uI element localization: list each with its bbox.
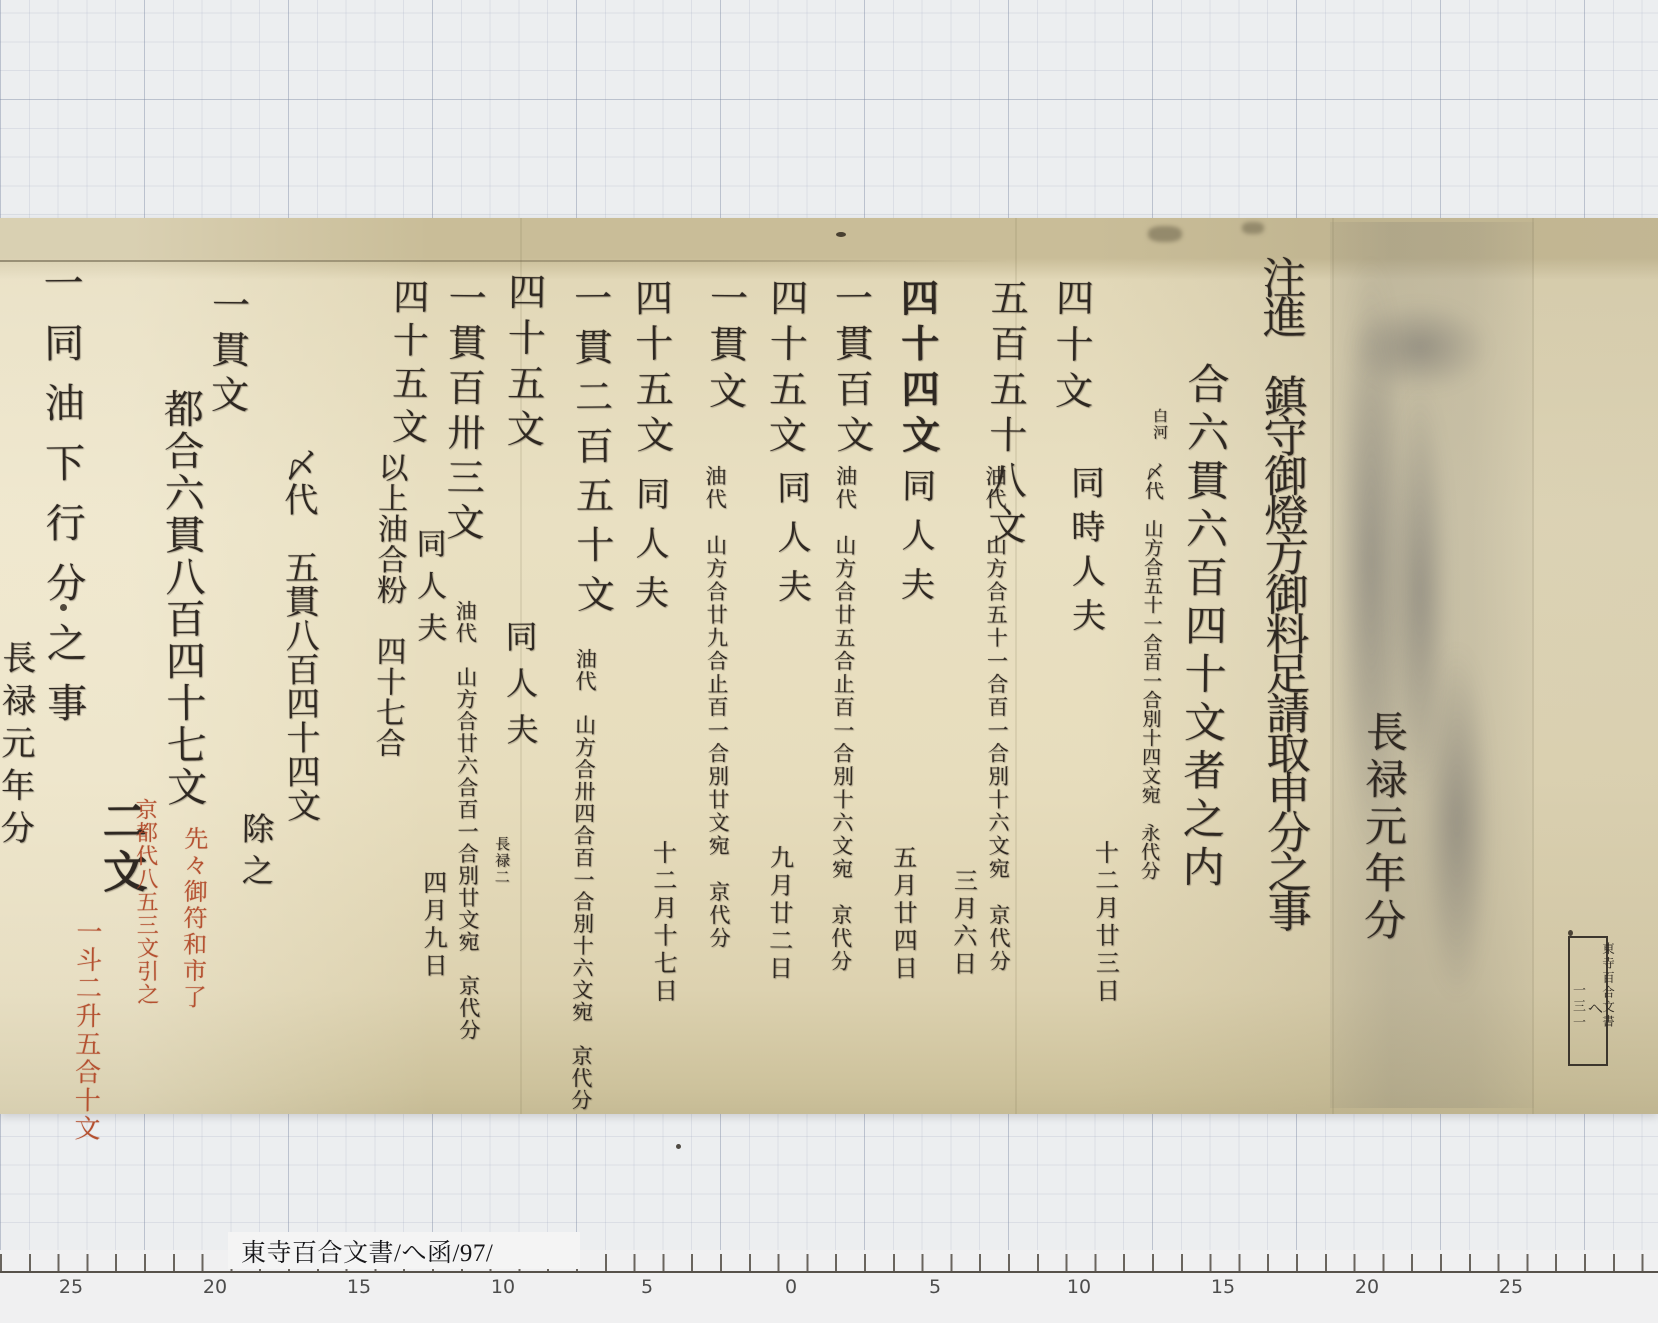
manuscript-column: 同人夫 — [412, 528, 443, 654]
manuscript-column: 長禄二 — [492, 836, 508, 886]
shelf-number: 一三一 — [1572, 983, 1585, 1031]
manuscript-column: 四十文 — [1050, 278, 1089, 417]
manuscript-column: 同時人夫 — [1066, 465, 1102, 642]
manuscript-column: 四月九日 — [420, 870, 445, 981]
manuscript-column: 五月廿四日 — [889, 845, 914, 983]
ruler-number: 5 — [641, 1276, 653, 1298]
ruler-number: 20 — [203, 1276, 227, 1298]
manuscript-column: 都合六貫八百四十七文 — [160, 388, 204, 808]
manuscript-column: 四十五文 — [502, 272, 542, 455]
ink-smudge — [1422, 642, 1492, 1002]
manuscript-column: 一貫百文 — [830, 278, 870, 461]
manuscript-column: 長禄元年分 — [1360, 710, 1404, 946]
manuscript-column: 九月廿二日 — [765, 845, 790, 983]
archive-caption-text: 東寺百合文書/へ函/97/ — [241, 1233, 493, 1269]
ink-speck — [676, 1144, 681, 1149]
manuscript-column: 一貫二百五十文 — [569, 278, 610, 624]
manuscript-column: 合六貫六百四十文者之内 — [1178, 362, 1226, 894]
ruler-number: 5 — [929, 1276, 941, 1298]
manuscript-column: 一貫文 — [206, 285, 245, 420]
manuscript-column: 四十五文 — [764, 278, 804, 461]
manuscript-column: 油代 山方合卅四合百一合別十六文宛 京代分 — [569, 648, 595, 1111]
manuscript-column: 京都代八五三文引之 — [134, 798, 158, 1006]
ink-smudge — [1350, 302, 1490, 392]
manuscript-column: 除之 — [240, 812, 273, 896]
torn-edge-chip — [1242, 222, 1264, 234]
manuscript-column: 先々御符和市了 — [179, 826, 205, 1011]
manuscript-column: 油代 山方合廿五合止百一合別十六文宛 京代分 — [829, 465, 855, 973]
archive-caption-bar: 東寺百合文書/へ函/97/ — [228, 1232, 580, 1269]
bleed-through-stain — [1330, 222, 1534, 1108]
ink-speck — [60, 604, 67, 611]
manuscript-column: 十二月十七日 — [649, 840, 674, 1006]
manuscript-column: 油代 山方合廿六合百一合別廿文宛 京代分 — [454, 600, 479, 1041]
ruler-number: 15 — [347, 1276, 371, 1298]
paper-crease — [0, 260, 1010, 262]
torn-edge-chip — [1148, 226, 1182, 242]
manuscript-column: 〆代 山方合五十一合百一合別十四文宛 永代分 — [1138, 462, 1161, 880]
digitized-manuscript-viewer: 長禄元年分注進 鎮守御燈方御料足請取申分之事合六貫六百四十文者之内白河〆代 山方… — [0, 0, 1658, 1323]
ruler-number: 0 — [785, 1276, 797, 1298]
manuscript-column: 同人夫 — [503, 620, 536, 759]
ruler-number: 25 — [59, 1276, 83, 1298]
ink-speck — [836, 232, 846, 237]
manuscript-column: 油代 山方合廿九合止百一合別廿文宛 京代分 — [703, 465, 728, 950]
ruler-number: 10 — [491, 1276, 515, 1298]
ruler-number: 15 — [1211, 1276, 1235, 1298]
manuscript-column: 同人夫 — [630, 476, 666, 624]
manuscript-column: 以上油合粉 四十七合 — [371, 452, 404, 758]
manuscript-column: 油代 山方合五十一合百一合別十六文宛 京代分 — [983, 465, 1008, 973]
manuscript-column: 長禄元年分 — [0, 640, 32, 853]
manuscript-column: 一貫百卅三文 — [442, 278, 483, 547]
manuscript-column: 同人夫 — [772, 470, 807, 618]
manuscript-column: 四十五文 — [630, 278, 670, 461]
manuscript-column: 注進 鎮守御燈方御料足請取申分之事 — [1257, 255, 1307, 929]
shelf-mark-label: ヘ 一三一 東寺百合文書 — [1568, 936, 1608, 1066]
manuscript-column: 一斗二升五合十文 — [72, 918, 100, 1143]
ruler-number: 25 — [1499, 1276, 1523, 1298]
manuscript-column: 白河 — [1150, 408, 1165, 441]
manuscript-column: 同人夫 — [896, 468, 932, 616]
manuscript-column: 十二月廿三日 — [1091, 840, 1116, 1006]
shelf-mark-number: ヘ 一三一 — [1572, 942, 1601, 1060]
ruler-baseline — [0, 1271, 1658, 1273]
ruler-number: 10 — [1067, 1276, 1091, 1298]
manuscript-column: 四十五文 — [389, 278, 427, 451]
manuscript-column: 三月六日 — [949, 868, 974, 979]
ruler-number: 20 — [1355, 1276, 1379, 1298]
manuscript-column: 一同油下行分之事 — [40, 262, 84, 742]
manuscript-column: 四十四文 — [896, 278, 936, 461]
shelf-archive-name: 東寺百合文書 — [1601, 942, 1614, 1060]
manuscript-column: 〆代 五貫八百四十四文 — [279, 448, 316, 822]
manuscript-column: 一貫文 — [704, 278, 743, 417]
shelf-box-kana: ヘ — [1585, 1000, 1601, 1016]
